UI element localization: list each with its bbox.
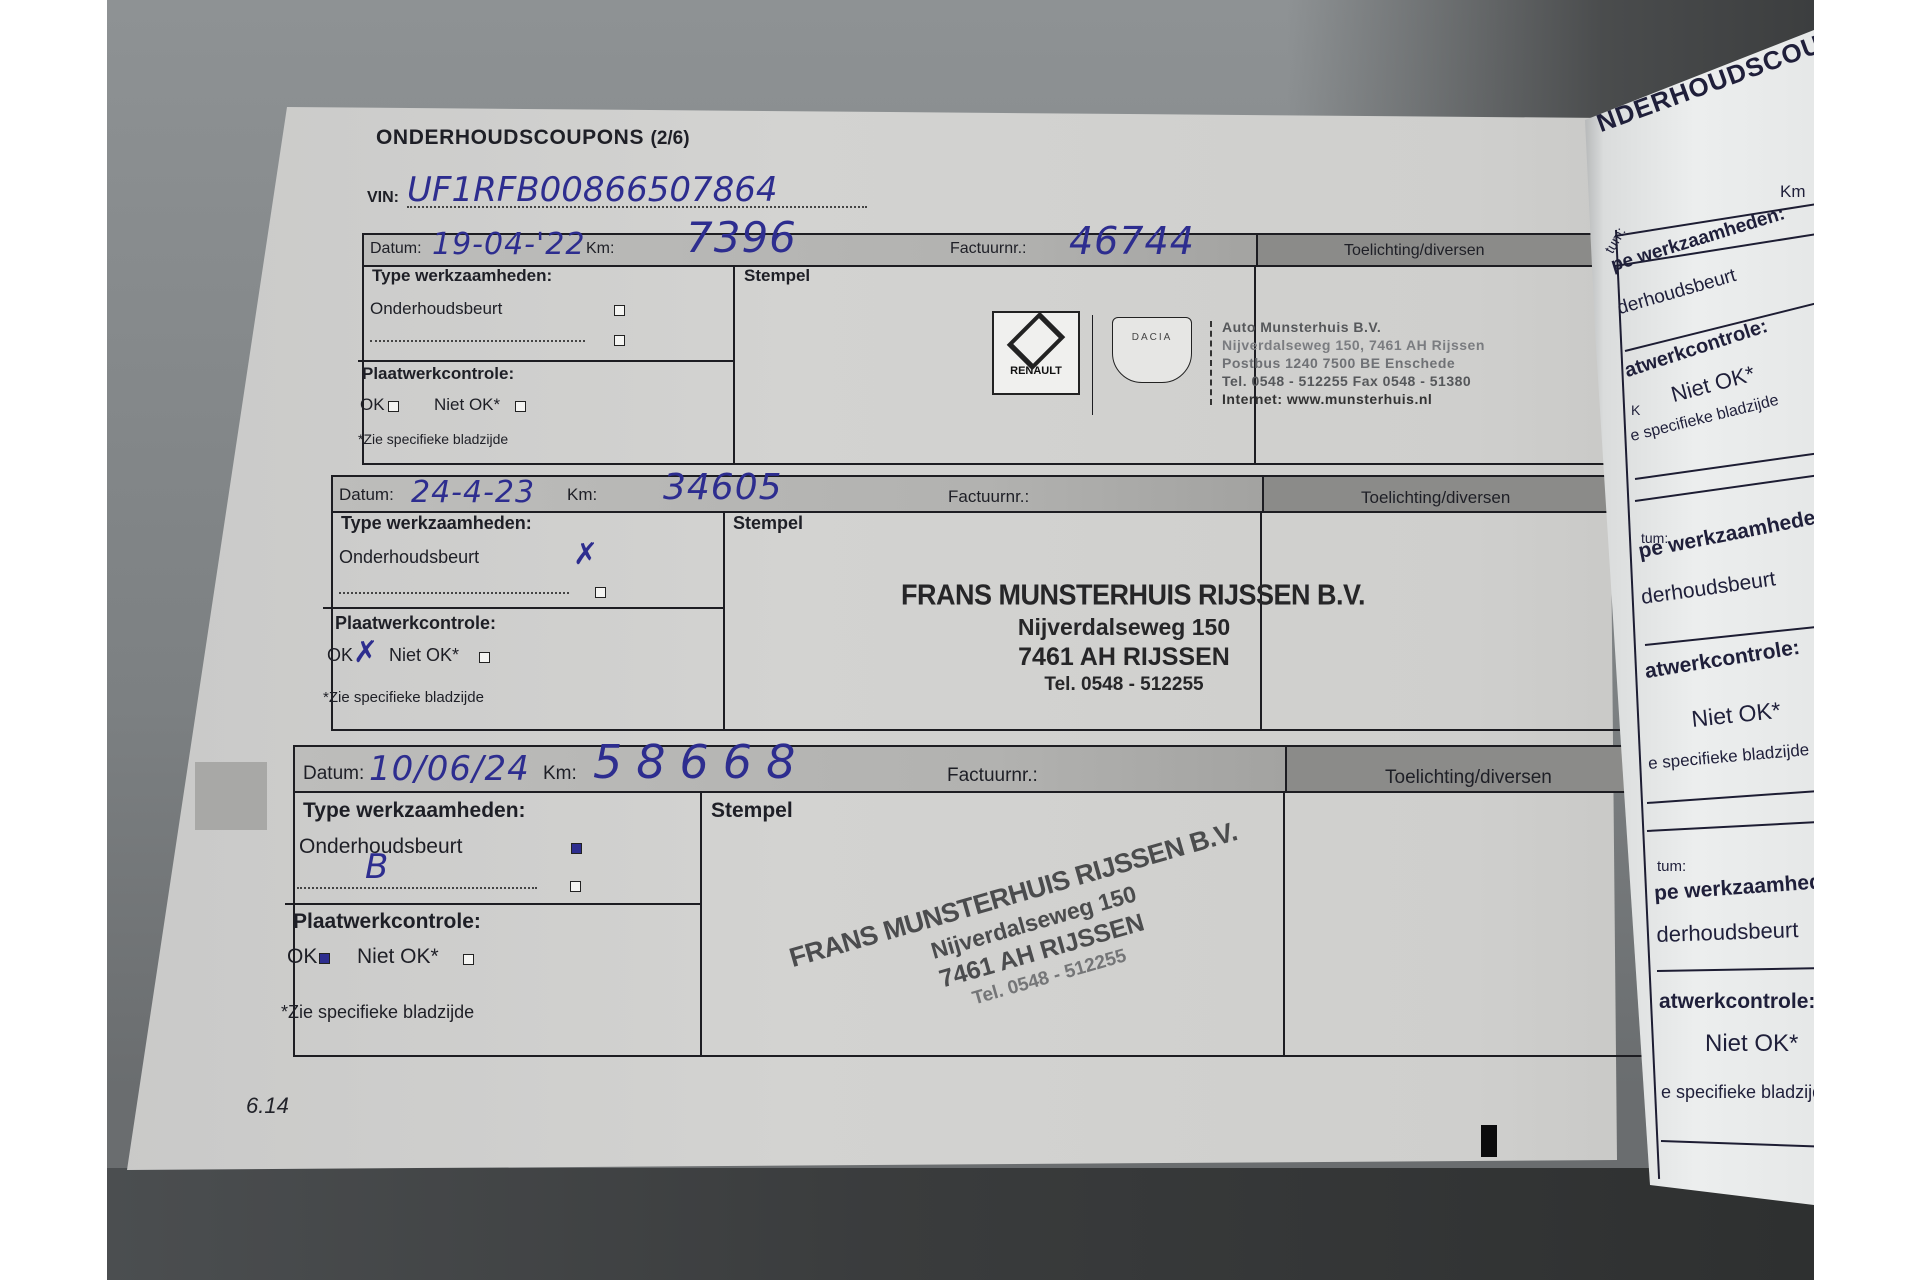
footnote: *Zie specifieke bladzijde [323, 689, 484, 706]
datum-label: Datum: [339, 485, 394, 505]
onderhoudsbeurt-label: Onderhoudsbeurt [370, 299, 502, 319]
right-page-onderhoud: derhoudsbeurt [1640, 567, 1777, 610]
toelichting-label: Toelichting/diversen [1385, 767, 1552, 789]
logo-separator [1092, 315, 1093, 415]
dealer-stamp-line: Postbus 1240 7500 BE Enschede [1222, 355, 1455, 371]
other-work-checkbox[interactable] [570, 881, 581, 892]
coupon-2: Datum: 24-4-23 Km: 34605 Factuurnr.: Toe… [331, 475, 1636, 731]
stempel-label: Stempel [711, 799, 793, 823]
right-page-datum: tum: [1657, 858, 1686, 875]
type-werkzaamheden-label: Type werkzaamheden: [372, 266, 552, 286]
type-werkzaamheden-label: Type werkzaamheden: [341, 513, 532, 534]
renault-logo: RENAULT [992, 311, 1080, 395]
factuurnr-label: Factuurnr.: [950, 240, 1026, 258]
right-page-ok: K [1631, 402, 1640, 418]
divider [700, 791, 702, 1057]
right-page-niet-ok: Niet OK* [1690, 697, 1782, 733]
right-page-type: pe werkzaamheden: [1609, 203, 1788, 277]
toelichting-label: Toelichting/diversen [1361, 488, 1510, 508]
other-work-line [339, 592, 569, 594]
divider [733, 265, 735, 465]
divider [1661, 1140, 1814, 1148]
right-page-plaatwerk: atwerkcontrole: [1659, 990, 1814, 1014]
vin-value: UF1RFB00866507864 [407, 170, 778, 210]
onderhoudsbeurt-checkbox[interactable] [614, 305, 625, 316]
right-page-onderhoud: derhoudsbeurt [1615, 265, 1739, 320]
niet-ok-checkbox[interactable] [515, 401, 526, 412]
niet-ok-checkbox[interactable] [463, 954, 474, 965]
renault-diamond-icon [1007, 312, 1066, 371]
km-label: Km: [586, 240, 614, 258]
page-number: 6.14 [246, 1093, 289, 1119]
datum-value[interactable]: 10/06/24 [369, 749, 530, 789]
other-work-checkbox[interactable] [614, 335, 625, 346]
niet-ok-label: Niet OK* [389, 645, 459, 666]
toelichting-label: Toelichting/diversen [1344, 242, 1485, 260]
ok-checkbox[interactable] [388, 401, 399, 412]
dacia-logo: DACIA [1112, 317, 1192, 383]
right-page-footnote: e specifieke bladzijde [1661, 1082, 1814, 1103]
ok-label: OK [360, 395, 385, 415]
right-page-footnote: e specifieke bladzijde [1647, 740, 1810, 774]
other-work-line [370, 340, 585, 342]
page-title: ONDERHOUDSCOUPONS (2/6) [376, 126, 690, 150]
onderhoudsbeurt-note: B [365, 847, 389, 887]
km-value[interactable]: 34605 [663, 467, 783, 508]
divider [1635, 452, 1814, 480]
plaatwerkcontrole-label: Plaatwerkcontrole: [335, 613, 496, 634]
ok-label: OK [287, 945, 317, 969]
dealer-stamp-line: Auto Munsterhuis B.V. [1222, 319, 1381, 335]
dealer-stamp: FRANS MUNSTERHUIS RIJSSEN B.V. Nijverdal… [833, 579, 1433, 697]
other-work-checkbox[interactable] [595, 587, 606, 598]
dealer-stamp-line: Nijverdalseweg 150, 7461 AH Rijssen [1222, 337, 1485, 353]
factuurnr-value[interactable]: 46744 [1069, 219, 1195, 263]
km-value[interactable]: 7396 [686, 213, 797, 262]
plaatwerkcontrole-label: Plaatwerkcontrole: [362, 364, 514, 384]
onderhoudsbeurt-checkbox-checked[interactable] [571, 843, 582, 854]
niet-ok-checkbox[interactable] [479, 652, 490, 663]
coupon-1: Datum: 19-04-'22 Km: 7396 Factuurnr.: 46… [362, 233, 1630, 465]
ok-label: OK [327, 645, 353, 666]
plaatwerkcontrole-label: Plaatwerkcontrole: [293, 910, 481, 934]
ok-checkmark[interactable]: ✗ [353, 635, 379, 670]
divider [723, 511, 725, 731]
stamp-dashed-line [1210, 321, 1212, 405]
stempel-label: Stempel [744, 266, 810, 286]
niet-ok-label: Niet OK* [357, 945, 439, 969]
page-indicator: (2/6) [651, 128, 690, 149]
vin-field[interactable]: VIN: UF1RFB00866507864 [367, 168, 867, 212]
dealer-stamp-rotated: FRANS MUNSTERHUIS RIJSSEN B.V. Nijverdal… [740, 802, 1311, 1069]
footnote: *Zie specifieke bladzijde [281, 1002, 474, 1023]
booklet-content: ONDERHOUDSCOUPONS (2/6) VIN: UF1RFB00866… [0, 0, 1920, 1280]
datum-value[interactable]: 24-4-23 [411, 475, 535, 510]
niet-ok-label: Niet OK* [434, 395, 500, 415]
vin-label: VIN: [367, 189, 399, 207]
dealer-stamp-line: Tel. 0548 - 512255 Fax 0548 - 51380 [1222, 373, 1471, 389]
right-page-title: NDERHOUDSCOU [1592, 30, 1814, 139]
divider [358, 360, 734, 362]
divider [285, 903, 701, 905]
datum-label: Datum: [370, 240, 422, 258]
divider [1647, 821, 1814, 832]
right-page-km: Km [1780, 182, 1806, 202]
right-page-niet-ok: Niet OK* [1705, 1030, 1798, 1058]
factuurnr-label: Factuurnr.: [947, 765, 1038, 787]
factuurnr-label: Factuurnr.: [948, 487, 1029, 507]
page-edge-marker [1481, 1125, 1497, 1157]
datum-label: Datum: [303, 763, 364, 785]
divider [1647, 789, 1814, 804]
km-value[interactable]: 58668 [593, 735, 809, 789]
right-page-onderhoud: derhoudsbeurt [1656, 917, 1799, 948]
other-work-line [297, 887, 537, 889]
coupon-3: Datum: 10/06/24 Km: 58668 Factuurnr.: To… [293, 745, 1691, 1057]
divider [1657, 967, 1814, 972]
dealer-stamp-line: Internet: www.munsterhuis.nl [1222, 391, 1432, 407]
km-label: Km: [543, 763, 577, 785]
onderhoudsbeurt-label: Onderhoudsbeurt [339, 547, 479, 568]
type-werkzaamheden-label: Type werkzaamheden: [303, 799, 526, 823]
onderhoudsbeurt-checkmark[interactable]: ✗ [573, 537, 599, 572]
divider [323, 607, 723, 609]
divider [1635, 474, 1814, 502]
footnote: *Zie specifieke bladzijde [358, 431, 508, 447]
km-label: Km: [567, 485, 597, 505]
stempel-label: Stempel [733, 513, 803, 534]
ok-checkbox-checked[interactable] [319, 953, 330, 964]
datum-value[interactable]: 19-04-'22 [432, 227, 585, 262]
